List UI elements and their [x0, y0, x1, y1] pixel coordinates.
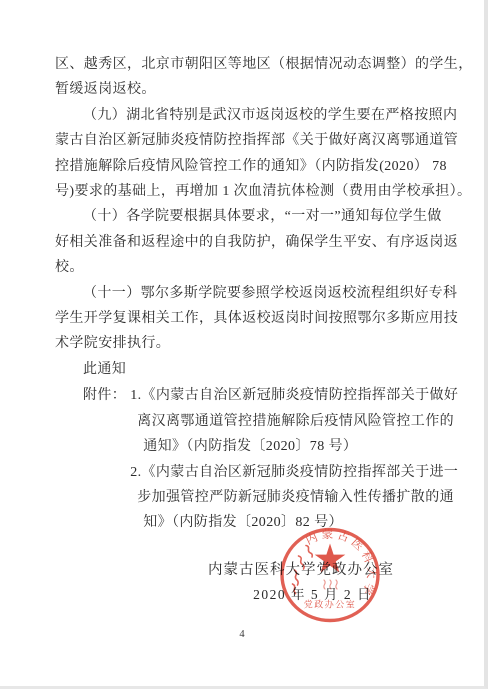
body-line: 蒙古自治区新冠肺炎疫情防控指挥部《关于做好离汉离鄂通道管 [55, 128, 455, 153]
page-number: 4 [0, 629, 484, 640]
body-line: 校。 [55, 255, 455, 280]
closing-phrase: 此通知 [55, 357, 455, 382]
body-line: 号)要求的基础上，再增加 1 次血清抗体检测（费用由学校承担）。 [55, 179, 455, 204]
signature-block: 内蒙古医科大学党政办公室 2020 年 5 月 2 日 [0, 559, 484, 607]
issue-date: 2020 年 5 月 2 日 [0, 583, 484, 607]
document-body-text: 区、越秀区，北京市朝阳区等地区（根据情况动态调整）的学生， 暂缓返岗返校。 （九… [55, 52, 455, 536]
seal-office-name: 党政办公室 [304, 599, 357, 610]
attachment-item-2-line: 步加强管控严防新冠肺炎疫情输入性传播扩散的通 [130, 485, 458, 510]
attachment-item-1-line: 通知》（内防指发〔2020〕78 号） [130, 434, 458, 459]
seal-star-icon [315, 544, 346, 573]
issuing-office-signature: 内蒙古医科大学党政办公室 [0, 559, 484, 581]
attachment-items: 1.《内蒙古自治区新冠肺炎疫情防控指挥部关于做好 离汉离鄂通道管控措施解除后疫情… [130, 383, 458, 535]
body-line: 控措施解除后疫情风险管控工作的通知》（内防指发(2020） 78 [55, 154, 455, 179]
body-line: 暂缓返岗返校。 [55, 77, 455, 102]
seal-inner-marks [324, 580, 337, 589]
body-line: 区、越秀区，北京市朝阳区等地区（根据情况动态调整）的学生， [55, 52, 455, 77]
body-line: （十）各学院要根据具体要求，“一对一”通知每位学生做 [55, 204, 455, 229]
body-line: （十一）鄂尔多斯学院要参照学校返岗返校流程组织好专科 [55, 281, 455, 306]
body-line: 好相关准备和返程途中的自我防护，确保学生平安、有序返岗返 [55, 230, 455, 255]
body-line: 学生开学复课相关工作，具体返校返岗时间按照鄂尔多斯应用技 [55, 306, 455, 331]
body-line: 术学院安排执行。 [55, 331, 455, 356]
attachment-item-2-line: 2.《内蒙古自治区新冠肺炎疫情防控指挥部关于进一 [130, 460, 458, 485]
seal-mongolian-script [293, 546, 313, 594]
body-line: （九）湖北省特别是武汉市返岗返校的学生要在严格按照内 [55, 103, 455, 128]
attachment-item-1-line: 1.《内蒙古自治区新冠肺炎疫情防控指挥部关于做好 [130, 383, 458, 408]
attachment-item-1-line: 离汉离鄂通道管控措施解除后疫情风险管控工作的 [130, 409, 458, 434]
attachment-label: 附件： [83, 383, 130, 408]
attachment-list: 附件： 1.《内蒙古自治区新冠肺炎疫情防控指挥部关于做好 离汉离鄂通道管控措施解… [83, 383, 455, 535]
official-seal: 内蒙古医科大学 党政办公室 [278, 526, 382, 624]
document-page: 区、越秀区，北京市朝阳区等地区（根据情况动态调整）的学生， 暂缓返岗返校。 （九… [0, 0, 488, 689]
seal-org-name: 内蒙古医科大学 [303, 527, 378, 600]
